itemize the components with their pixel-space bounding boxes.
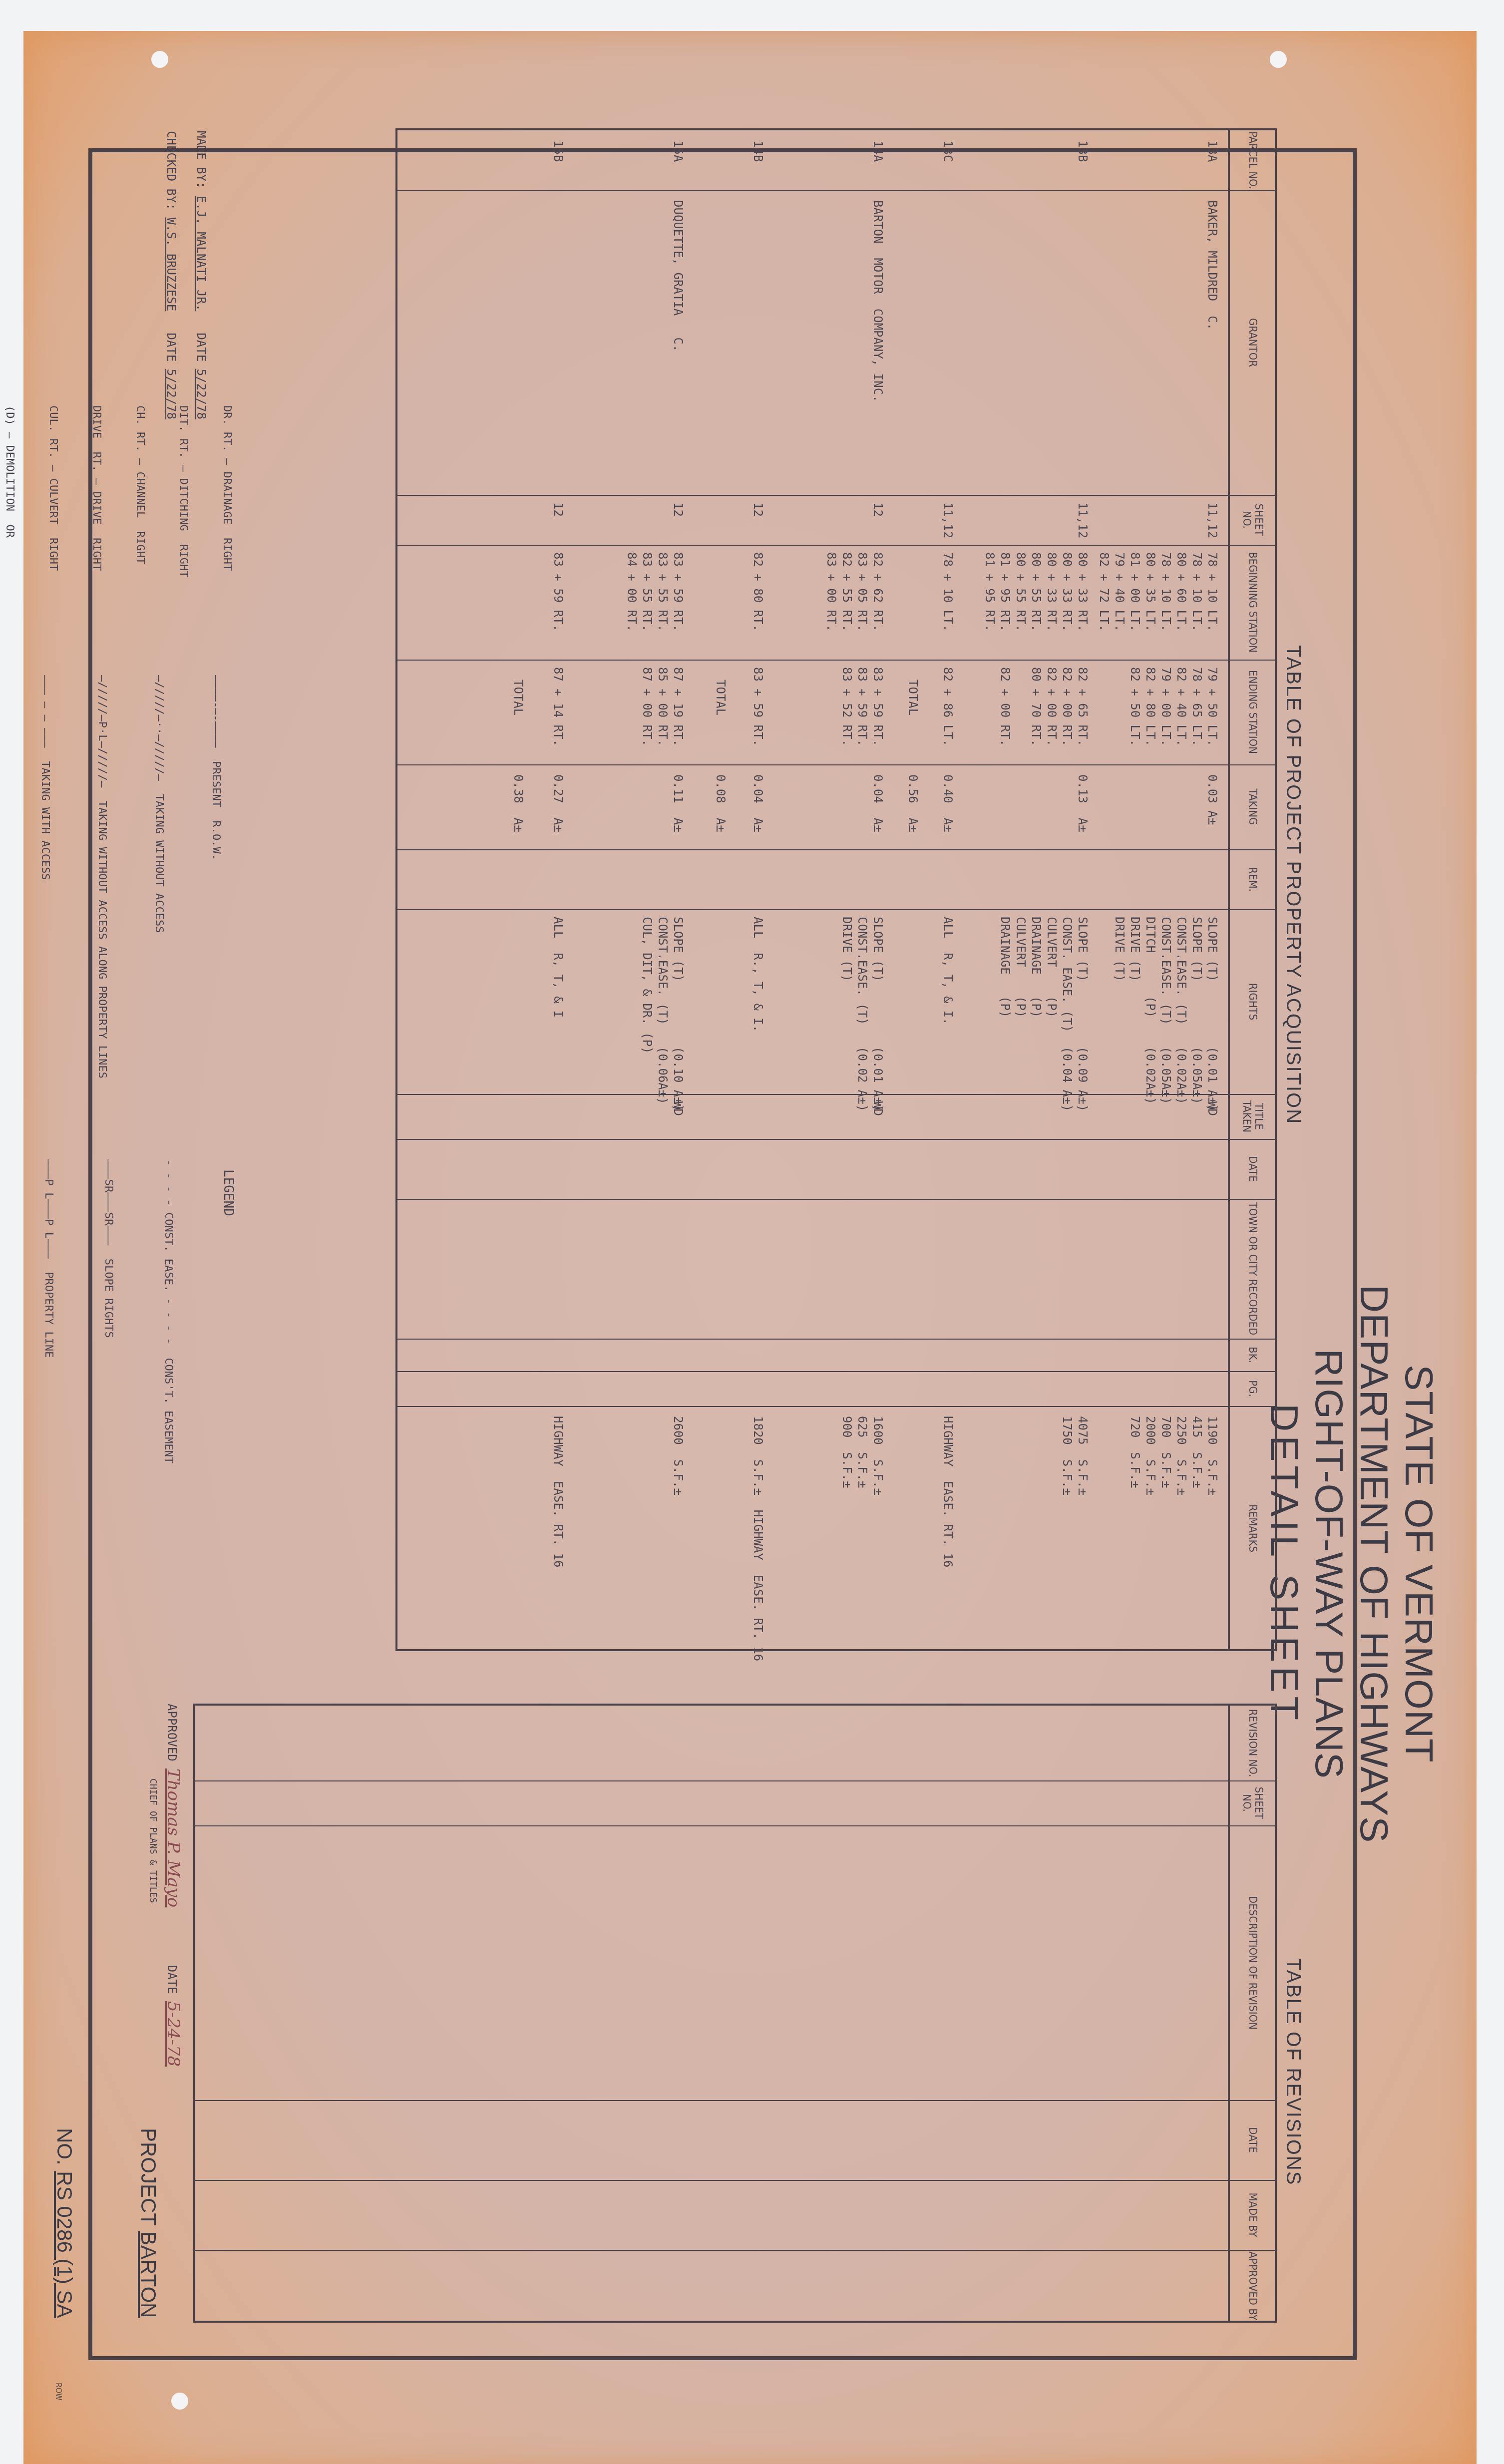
title-department: DEPARTMENT OF HIGHWAYS [1352, 1264, 1397, 1863]
col-header-title-taken: TITLE TAKEN [1230, 1094, 1275, 1139]
cell-begin: 78 + 10 LT. 78 + 10 LT. 80 + 60 LT. 78 +… [1096, 552, 1220, 632]
cell-end: 83 + 59 RT. [750, 667, 765, 746]
cell-sheet: 11,12 [1075, 502, 1090, 538]
checked-by-name: W.S. BRUZZESE [164, 217, 178, 311]
cell-remarks: 1600 S.F.± 625 S.F.± 900 S.F.± [839, 1416, 885, 1495]
revisions-table: REVISION NO. SHEET NO. DESCRIPTION OF RE… [193, 1704, 1277, 2323]
cell-remarks: 4075 S.F.± 1750 S.F.± [1059, 1416, 1090, 1495]
cell-end: 82 + 65 RT. 82 + 00 RT. 82 + 00 RT. 80 +… [997, 667, 1090, 746]
col-header-town: TOWN OR CITY RECORDED [1230, 1199, 1275, 1339]
approval-line: APPROVED Thomas P. Mayo DATE 5-24-78 [163, 1704, 183, 2067]
rev-col-approved-by: APPROVED BY [1230, 2250, 1275, 2322]
col-header-remarks: REMARKS [1230, 1406, 1275, 1651]
cell-grantor: DUQUETTE, GRATIA C. [670, 200, 686, 352]
cell-rights: SLOPE (T) (0.09 A±) CONST. EASE. (T) (0.… [997, 917, 1090, 1111]
slope-rights-symbol: ———SR———SR——— [102, 1159, 115, 1245]
cell-parcel: 13C [940, 140, 955, 162]
cell-rights: ALL R., T, & I. [750, 917, 765, 1032]
cell-taking: 0.40 A± [940, 774, 955, 832]
project-number: RS 0286 (1) SA [53, 2171, 76, 2318]
cell-grantor: BARTON MOTOR COMPANY, INC. [870, 200, 885, 402]
approval-title: CHIEF OF PLANS & TITLES [148, 1778, 158, 1903]
cell-end: 79 + 50 LT. 78 + 65 LT. 82 + 40 LT. 79 +… [1127, 667, 1220, 746]
rev-col-date: DATE [1230, 2100, 1275, 2180]
legend: LEGEND - - - - CONST. EASE. - - - - CONS… [0, 1159, 278, 1463]
col-header-parcel: PARCEL NO. [1230, 130, 1275, 190]
approval-date: 5-24-78 [163, 2001, 183, 2067]
cell-sheet: 12 [670, 502, 686, 517]
revisions-table-title: TABLE OF REVISIONS [1282, 1958, 1304, 2185]
cell-title-taken: WD [670, 1101, 686, 1116]
cell-rights: SLOPE (T) (0.01 A±) SLOPE (T) (0.05A±) C… [1112, 917, 1220, 1111]
checked-by-line: CHECKED BY: W.S. BRUZZESE DATE 5/22/78 [164, 131, 178, 419]
title-block: STATE OF VERMONT DEPARTMENT OF HIGHWAYS … [1262, 1264, 1442, 1863]
col-header-rights: RIGHTS [1230, 909, 1275, 1094]
cell-taking: 0.03 A± [1204, 774, 1220, 825]
col-header-sheet: SHEET NO. [1230, 495, 1275, 545]
rev-col-revision-no: REVISION NO. [1230, 1706, 1275, 1780]
cell-remarks: HIGHWAY EASE. RT. 16 [940, 1416, 955, 1567]
col-header-taking: TAKING [1230, 764, 1275, 849]
demolition-icon: (D) — DEMOLITION OR [2, 405, 17, 577]
project-name: BARTON [137, 2231, 160, 2318]
rev-col-description: DESCRIPTION OF REVISION [1230, 1825, 1275, 2100]
cell-total-label: TOTAL [713, 680, 728, 715]
cell-rights: SLOPE (T) (0.10 A±) CONST.EASE. (T) (0.0… [639, 917, 686, 1111]
scanned-sheet: STATE OF VERMONT DEPARTMENT OF HIGHWAYS … [23, 31, 1477, 2464]
cell-rights: SLOPE (T) (0.01 A±) CONST.EASE. (T) (0.0… [839, 917, 885, 1111]
approval-signature: Thomas P. Mayo [163, 1768, 183, 1907]
col-header-rem: REM. [1230, 849, 1275, 909]
rotated-document-page: STATE OF VERMONT DEPARTMENT OF HIGHWAYS … [0, 0, 1504, 2464]
cell-sheet: 11,12 [940, 502, 955, 538]
legend-title: LEGEND [218, 1159, 238, 1463]
cell-begin: 78 + 10 LT. [940, 552, 955, 632]
cell-parcel: 14B [750, 140, 765, 162]
title-plans: RIGHT-OF-WAY PLANS [1307, 1264, 1352, 1863]
cell-sheet: 12 [870, 502, 885, 517]
cell-begin: 82 + 62 RT. 83 + 05 RT. 82 + 55 RT. 83 +… [823, 552, 885, 632]
cell-grantor: BAKER, MILDRED C. [1204, 200, 1220, 330]
made-by-line: MADE BY: E.J. MALNATI JR. DATE 5/22/78 [194, 131, 208, 419]
col-header-date: DATE [1230, 1139, 1275, 1199]
corner-mark: ROW [54, 2383, 63, 2401]
col-header-bk: BK. [1230, 1339, 1275, 1371]
cell-parcel: 15B [550, 140, 566, 162]
cell-taking: 0.13 A± [1075, 774, 1090, 832]
cell-parcel: 13A [1204, 140, 1220, 162]
taking-with-access-symbol: ——— — — ——— [39, 675, 51, 748]
cell-total-value: 0.56 A± [905, 774, 920, 832]
made-by-name: E.J. MALNATI JR. [194, 196, 208, 311]
cell-taking: 0.27 A± [550, 774, 566, 832]
cell-end: 87 + 14 RT. [550, 667, 566, 746]
cell-end: 83 + 59 RT. 83 + 59 RT. 83 + 52 RT. [839, 667, 885, 746]
taking-without-access-symbol: —/////—··—/////— [153, 675, 165, 781]
cell-total-label: TOTAL [510, 680, 526, 715]
cell-taking: 0.04 A± [870, 774, 885, 832]
abbreviations-list: DR. RT. — DRAINAGE RIGHT DIT. RT. — DITC… [0, 405, 263, 577]
line-symbols-list: ————-—-———— PRESENT R.O.W. —/////—··—///… [0, 675, 263, 1078]
cell-remarks: 2600 S.F.± [670, 1416, 686, 1495]
cell-total-value: 0.08 A± [713, 774, 728, 832]
cell-end: 87 + 19 RT. 85 + 00 RT. 87 + 00 RT. [639, 667, 686, 746]
cell-sheet: 11,12 [1204, 502, 1220, 538]
cell-title-taken: WD [870, 1101, 885, 1116]
punch-hole-bottom-left [151, 51, 168, 68]
cell-title-taken: WD [1204, 1101, 1220, 1116]
acquisition-table: PARCEL NO. GRANTOR SHEET NO. BEGINNING S… [395, 128, 1277, 1651]
cell-taking: 0.04 A± [750, 774, 765, 832]
punch-hole-bottom-right [171, 2393, 188, 2410]
cell-parcel: 14A [870, 140, 885, 162]
cell-parcel: 13B [1075, 140, 1090, 162]
col-header-end: ENDING STATION [1230, 660, 1275, 764]
cell-remarks: HIGHWAY EASE. RT. 16 [550, 1416, 566, 1567]
cell-taking: 0.11 A± [670, 774, 686, 832]
cell-end: 82 + 86 LT. [940, 667, 955, 746]
col-header-grantor: GRANTOR [1230, 190, 1275, 495]
acquisition-table-title: TABLE OF PROJECT PROPERTY ACQUISITION [1282, 645, 1304, 1124]
cell-sheet: 12 [750, 502, 765, 517]
cell-rights: ALL R, T, & I. [940, 917, 955, 1025]
rev-col-sheet-no: SHEET NO. [1230, 1780, 1275, 1825]
cell-remarks: 1820 S.F.± HIGHWAY EASE. RT. 16 [750, 1416, 765, 1661]
cell-begin: 82 + 80 RT. [750, 552, 765, 632]
cell-begin: 83 + 59 RT. 83 + 55 RT. 83 + 55 RT. 84 +… [624, 552, 686, 632]
cell-remarks: 1190 S.F.± 415 S.F.± 2250 S.F.± 700 S.F.… [1127, 1416, 1220, 1495]
punch-hole-top-left [1270, 51, 1287, 68]
cell-parcel: 15A [670, 140, 686, 162]
property-line-symbol: ———P L———P L——— [42, 1159, 55, 1259]
const-ease-symbol: - - - - CONST. EASE. - - - - [162, 1159, 175, 1345]
cell-rights: ALL R, T, & I [550, 917, 566, 1018]
project-block: PROJECT BARTON NO. RS 0286 (1) SA SHEET … [0, 2128, 218, 2318]
title-state: STATE OF VERMONT [1397, 1264, 1442, 1863]
taking-without-access-pl-symbol: —/////—P·L—/////— [96, 675, 108, 787]
cell-sheet: 12 [550, 502, 566, 517]
col-header-pg: PG. [1230, 1371, 1275, 1406]
cell-begin: 83 + 59 RT. [550, 552, 566, 632]
col-header-begin: BEGINNING STATION [1230, 545, 1275, 660]
present-row-symbol: ————-—-———— [210, 675, 222, 748]
cell-begin: 80 + 33 RT. 80 + 33 RT. 80 + 33 RT. 80 +… [982, 552, 1090, 632]
cell-total-value: 0.38 A± [510, 774, 526, 832]
rev-col-made-by: MADE BY [1230, 2180, 1275, 2250]
cell-total-label: TOTAL [905, 680, 920, 715]
